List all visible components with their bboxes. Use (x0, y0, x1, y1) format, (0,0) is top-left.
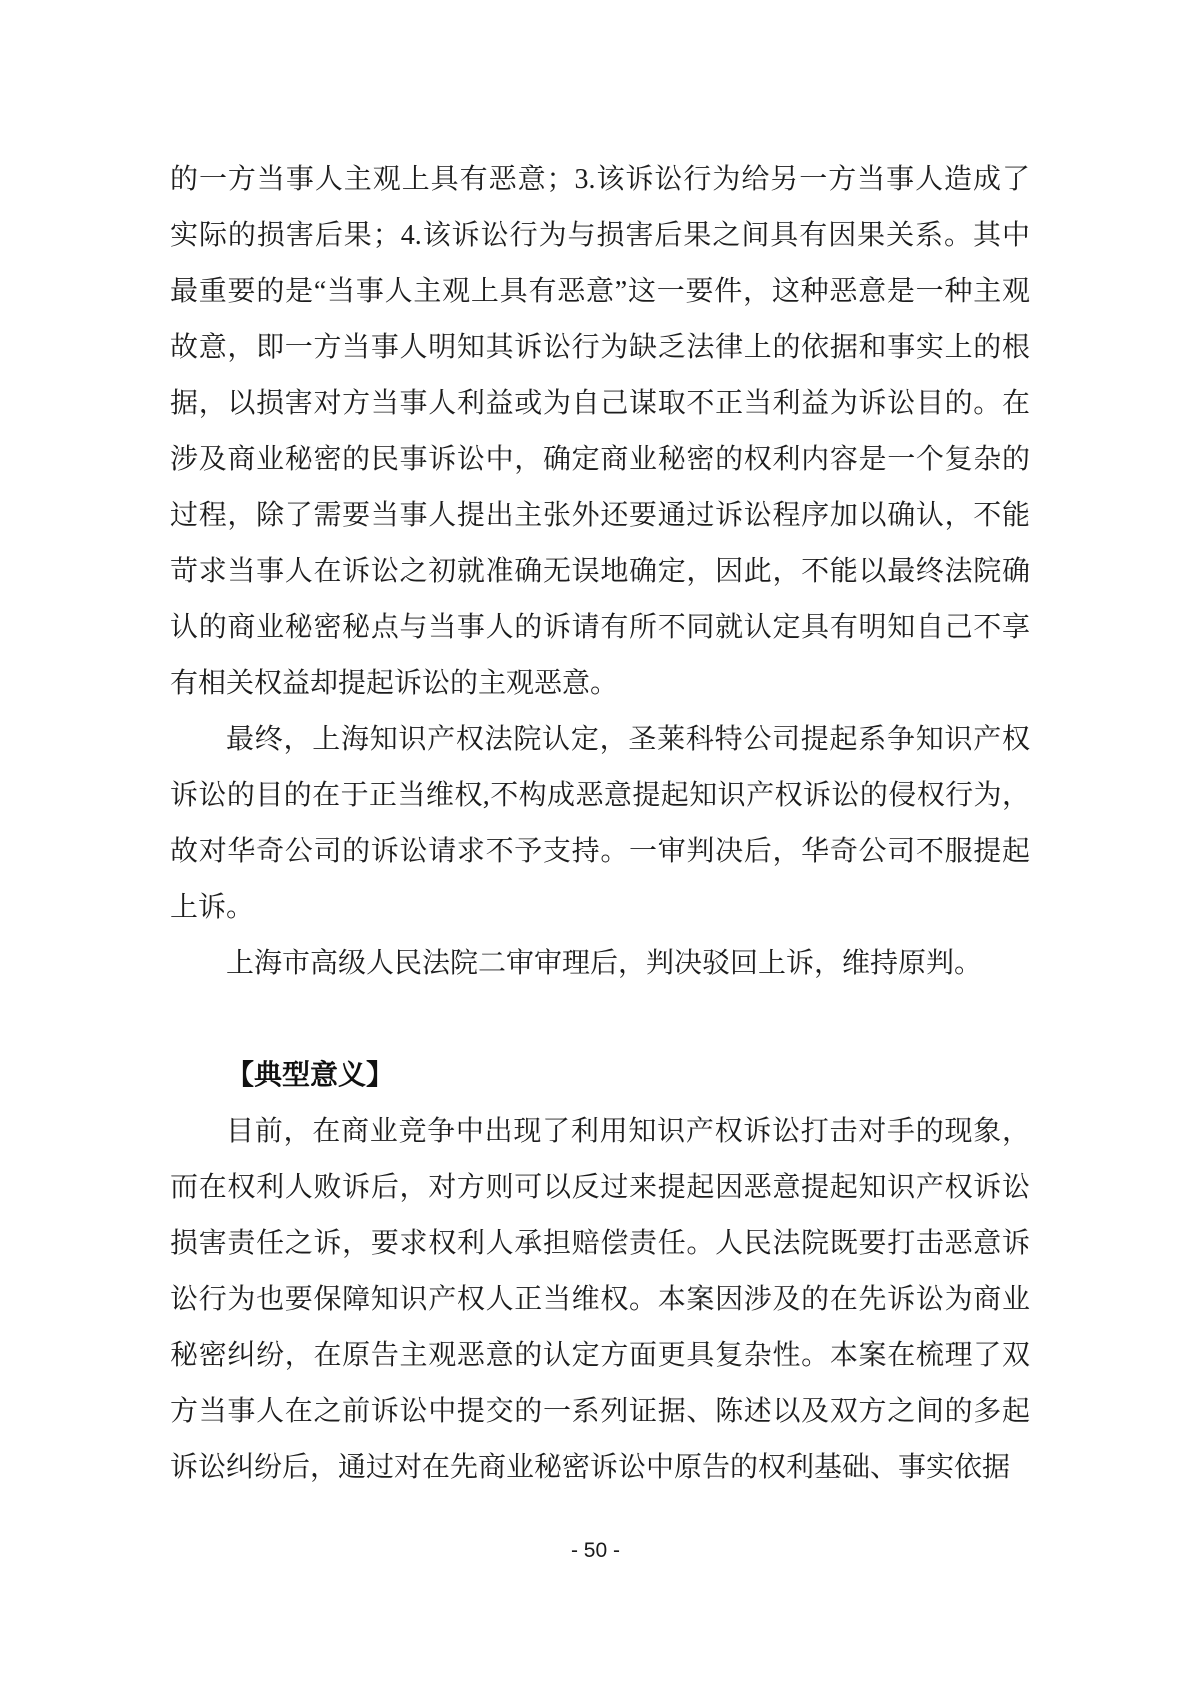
document-body: 的一方当事人主观上具有恶意；3.该诉讼行为给另一方当事人造成了实际的损害后果；4… (170, 152, 1030, 1496)
section-heading-typical-significance: 【典型意义】 (170, 1048, 1030, 1104)
paragraph-appeal-result: 上海市高级人民法院二审审理后，判决驳回上诉，维持原判。 (170, 936, 1030, 992)
page-number: - 50 - (0, 1538, 1191, 1564)
paragraph-typical-significance: 目前，在商业竞争中出现了利用知识产权诉讼打击对手的现象，而在权利人败诉后，对方则… (170, 1104, 1030, 1496)
paragraph-continued-from-previous-page: 的一方当事人主观上具有恶意；3.该诉讼行为给另一方当事人造成了实际的损害后果；4… (170, 152, 1030, 712)
document-page: 的一方当事人主观上具有恶意；3.该诉讼行为给另一方当事人造成了实际的损害后果；4… (0, 0, 1191, 1684)
paragraph-court-finding: 最终，上海知识产权法院认定，圣莱科特公司提起系争知识产权诉讼的目的在于正当维权,… (170, 712, 1030, 936)
